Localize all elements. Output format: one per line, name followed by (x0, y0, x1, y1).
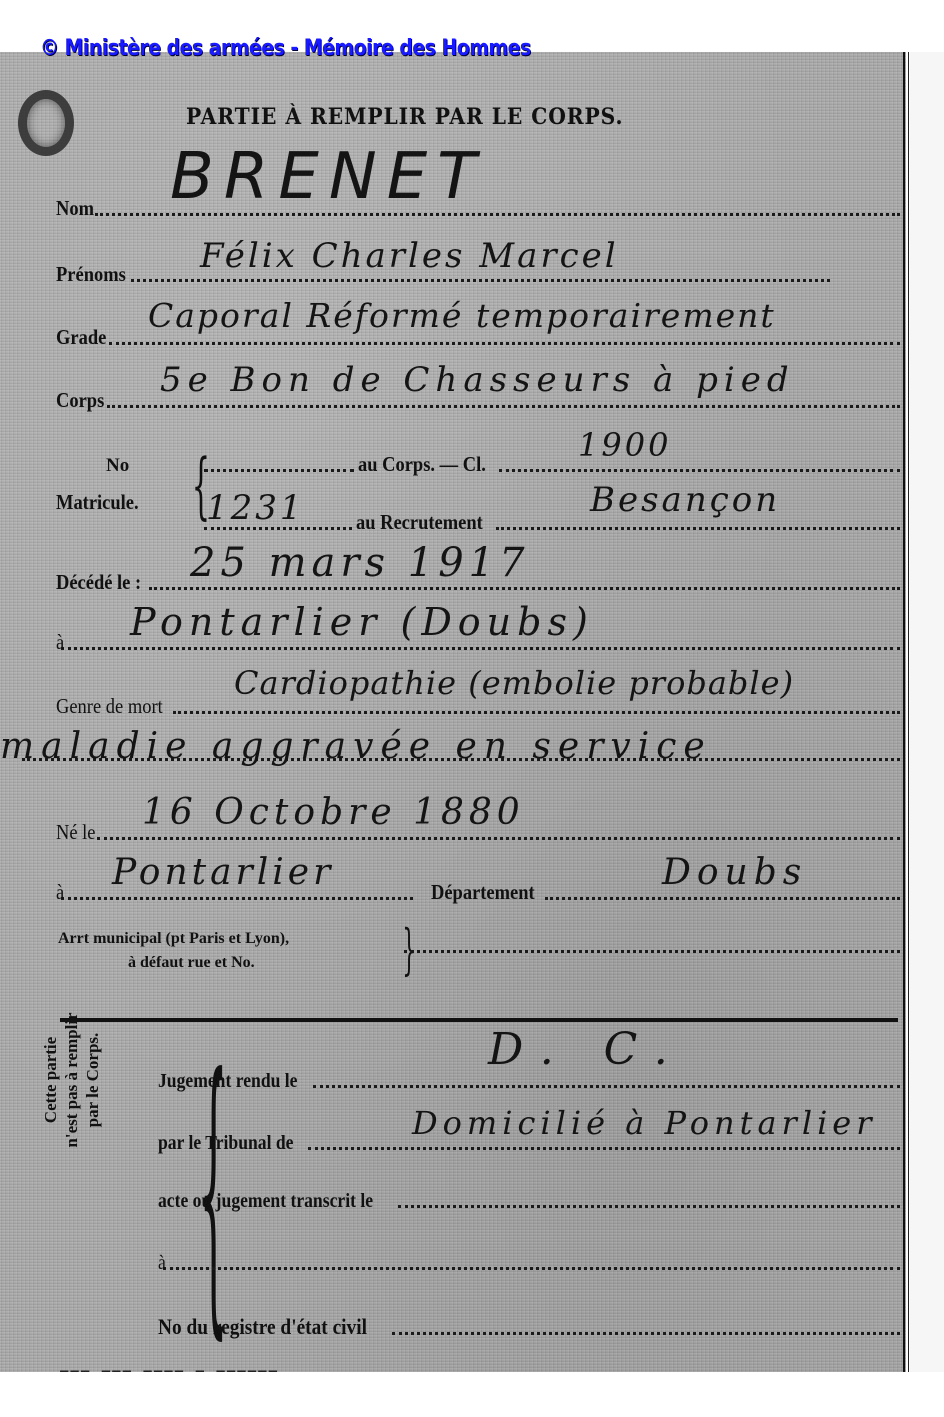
arrondissement-label-line1: Arrt municipal (pt Paris et Lyon), (58, 930, 289, 948)
decede-le-label: Décédé le : (56, 570, 141, 595)
ne-le-value: 16 Octobre 1880 (142, 792, 525, 833)
ne-le-label: Né le (56, 820, 96, 845)
registre-label: No du registre d'état civil (158, 1314, 367, 1340)
dotted-line (392, 1332, 901, 1335)
field-transcrit: acte ou jugement transcrit le (158, 1190, 900, 1213)
prenoms-label: Prénoms (56, 262, 126, 287)
dotted-line (313, 1085, 900, 1088)
dotted-line (404, 950, 900, 953)
arrondissement-label-line2: à défaut rue et No. (128, 954, 255, 972)
dotted-line (173, 711, 900, 714)
side-note-line3: par le Corps. (82, 980, 103, 1180)
departement-label: Département (431, 880, 535, 905)
card-right-border (903, 52, 909, 1372)
departement-value: Doubs (662, 852, 807, 893)
grade-label: Grade (56, 325, 106, 350)
genre-mort-value-line2: maladie aggravée en service (0, 726, 712, 767)
recrutement-value: Besançon (590, 480, 780, 520)
au-corps-label: au Corps. — Cl. (358, 452, 486, 477)
lieu-label: à (158, 1252, 166, 1275)
naissance-lieu-value: Pontarlier (112, 852, 334, 893)
dotted-line (131, 279, 830, 282)
jugement-label: Jugement rendu le (158, 1070, 297, 1093)
side-note-line1: Cette partie (40, 980, 61, 1180)
decede-le-value: 25 mars 1917 (190, 540, 530, 586)
field-registre: No du registre d'état civil (158, 1314, 900, 1340)
classe-value: 1900 (578, 426, 671, 464)
nom-label: Nom (56, 196, 94, 221)
dotted-line (61, 897, 413, 900)
corps-label: Corps (56, 388, 104, 413)
dotted-line (204, 469, 354, 472)
cropped-print-code: ▬▬▬ ▬▬▬ ▬▬▬▬ ▬ ▬▬▬▬▬▬ (60, 1364, 279, 1372)
dotted-line (499, 469, 900, 472)
matricule-number-value: 1231 (206, 488, 305, 528)
dotted-line (545, 897, 900, 900)
corps-value: 5e Bon de Chasseurs à pied (160, 360, 795, 400)
dotted-line (61, 647, 900, 650)
dotted-line (149, 587, 900, 590)
genre-mort-label: Genre de mort (56, 694, 163, 719)
tribunal-value: Domicilié à Pontarlier (412, 1104, 877, 1142)
section-heading: PARTIE À REMPLIR PAR LE CORPS. (186, 104, 623, 130)
jugement-value: D. C. (488, 1024, 686, 1075)
deces-lieu-label: à (56, 630, 64, 655)
section-divider (60, 1018, 898, 1022)
prenoms-value: Félix Charles Marcel (200, 236, 619, 276)
side-note: Cette partie n'est pas à remplir par le … (40, 980, 103, 1180)
tribunal-label: par le Tribunal de (158, 1132, 293, 1155)
field-lieu: à (158, 1252, 900, 1275)
copyright-watermark: © Ministère des armées - Mémoire des Hom… (40, 36, 531, 61)
genre-mort-value-line1: Cardiopathie (embolie probable) (234, 664, 794, 702)
field-arrondissement (402, 950, 900, 958)
page-margin (910, 52, 944, 1372)
deces-lieu-value: Pontarlier (Doubs) (130, 600, 594, 644)
naissance-lieu-label: à (56, 880, 64, 905)
matricule-label: Matricule. (56, 490, 139, 515)
dotted-line (97, 837, 900, 840)
field-au-corps: au Corps. — Cl. (202, 452, 900, 477)
dotted-line (109, 342, 900, 345)
dotted-line (308, 1147, 900, 1150)
ink-stamp-icon (18, 90, 74, 156)
side-note-line2: n'est pas à remplir (61, 980, 82, 1180)
dotted-line (107, 405, 900, 408)
transcrit-label: acte ou jugement transcrit le (158, 1190, 373, 1213)
dotted-line (496, 527, 900, 530)
matricule-label-no: No (106, 455, 129, 477)
dotted-line (163, 1267, 900, 1270)
grade-value: Caporal Réformé temporairement (148, 296, 776, 335)
dotted-line (398, 1205, 900, 1208)
nom-value: BRENET (170, 140, 486, 214)
field-recrutement: au Recrutement (202, 510, 900, 535)
recrutement-label: au Recrutement (356, 510, 483, 535)
